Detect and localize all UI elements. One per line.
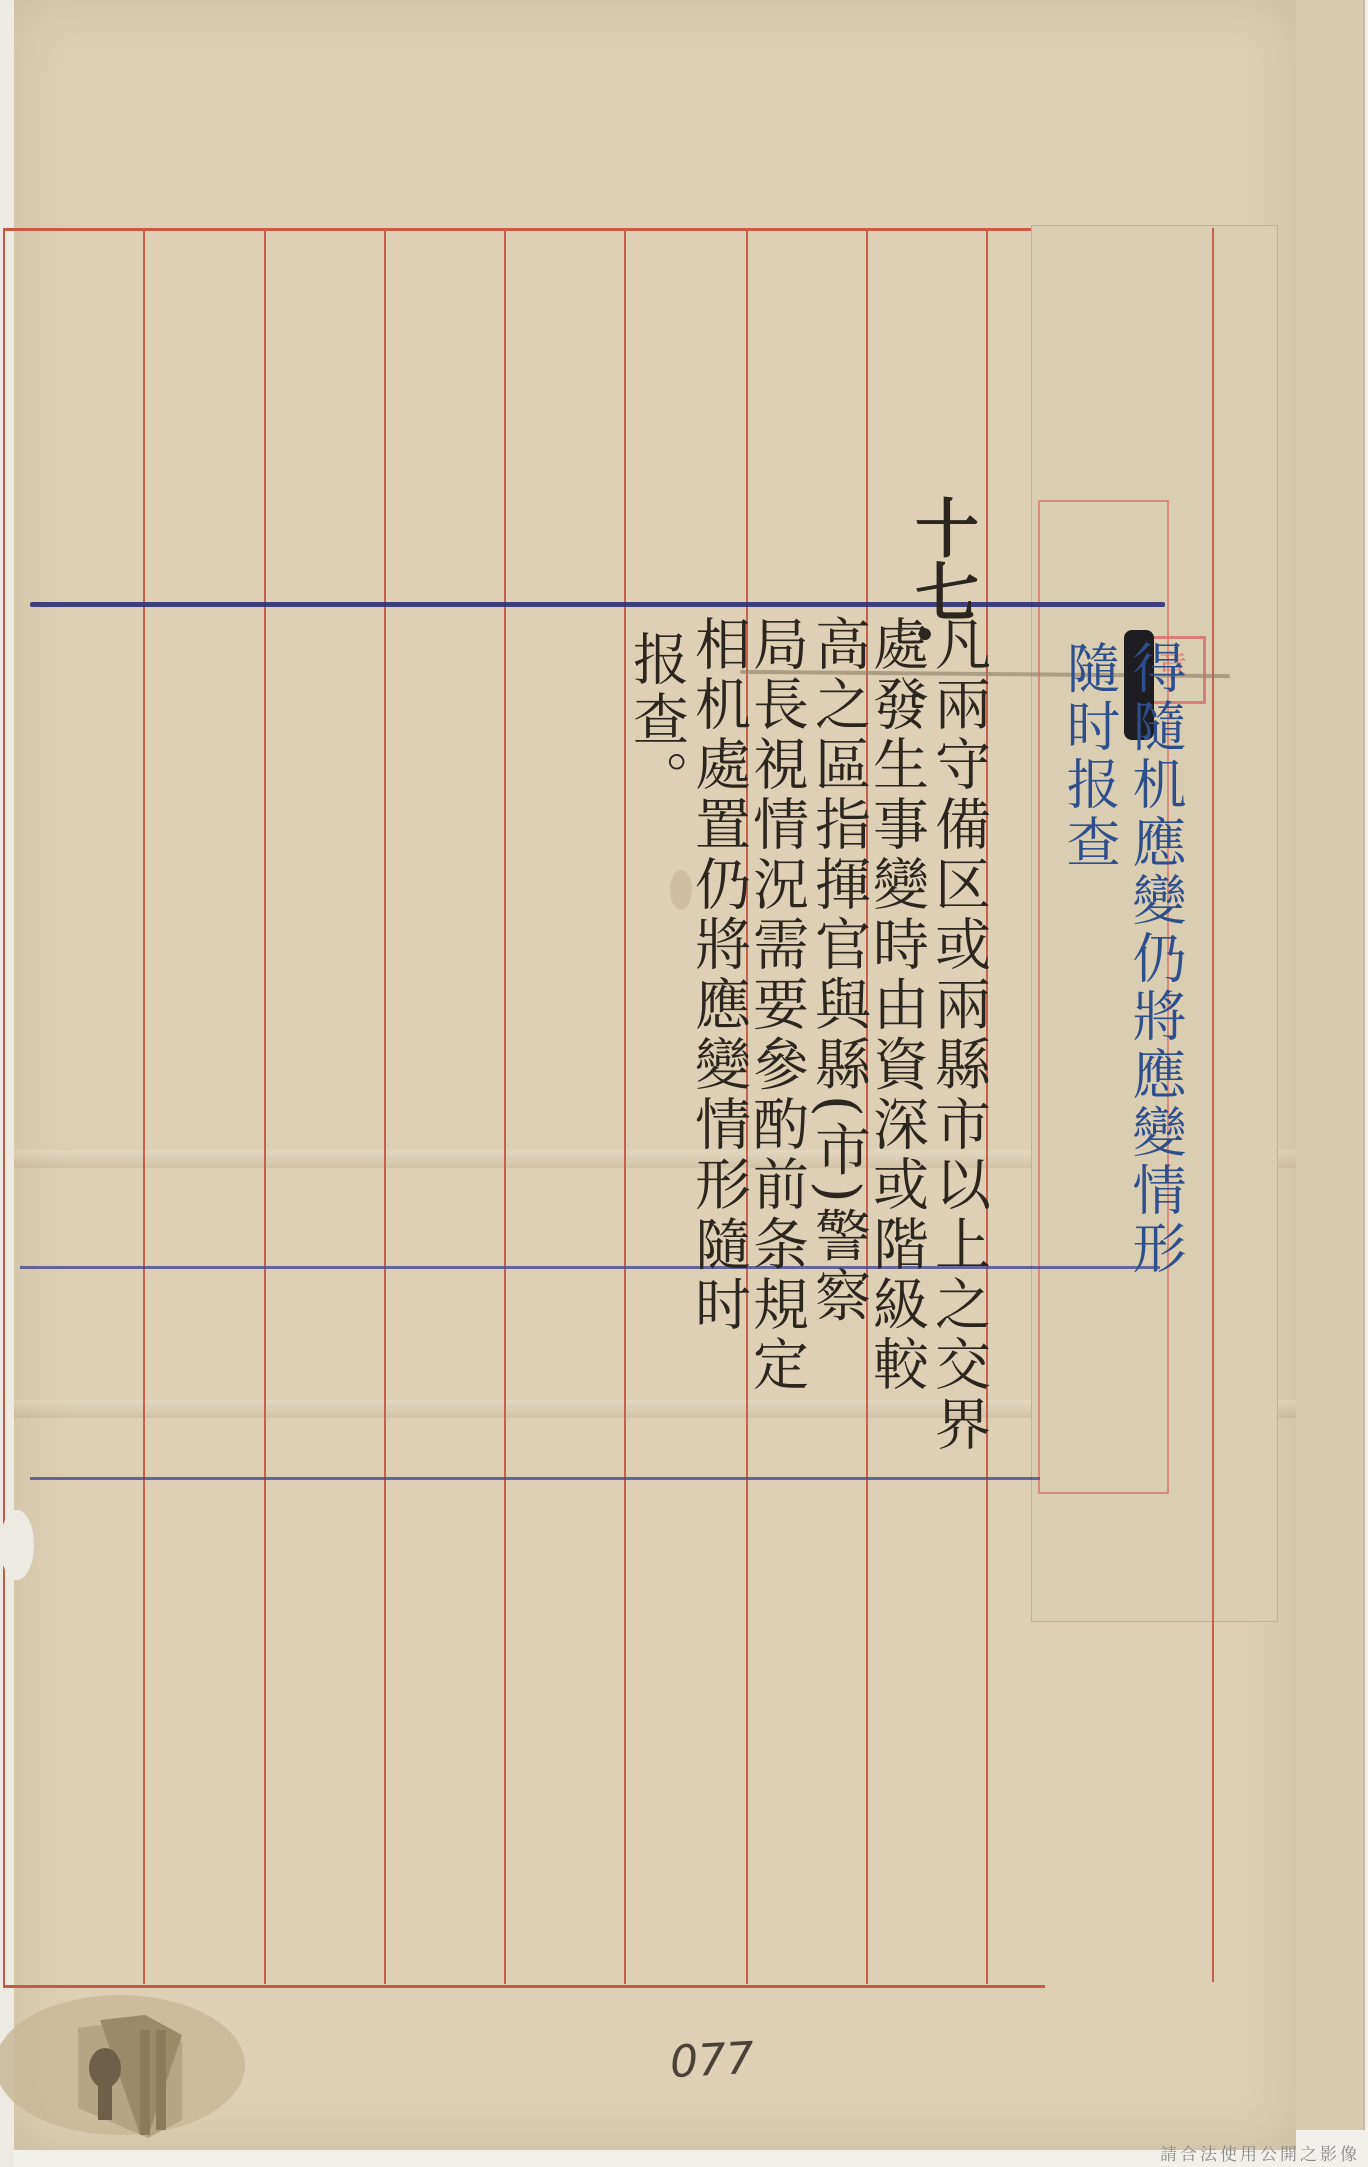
body-column-3: 高之區指揮官與縣(市)警察	[810, 615, 866, 1327]
body-column-5: 相机處置仍將應變情形隨时	[690, 615, 746, 1335]
body-column-1: 凡兩守備区或兩縣市以上之交界	[930, 615, 986, 1455]
body-column-6: 报查。	[628, 630, 684, 810]
grid-line	[624, 228, 626, 1984]
grid-line	[504, 228, 506, 1984]
body-column-2: 處發生事變時由資深或階級較	[868, 615, 924, 1395]
annotation-column-2: 隨时报查	[1062, 640, 1116, 872]
annotation-column-1: 得隨机應變仍將應變情形	[1128, 640, 1182, 1278]
grid-line	[1212, 228, 1214, 1982]
grid-line	[143, 228, 145, 1984]
paper-damage	[670, 870, 692, 910]
upper-blue-rule	[30, 602, 1165, 607]
body-column-4: 局長視情況需要參酌前条規定	[748, 615, 804, 1395]
archive-book-keyhole-icon	[0, 1990, 248, 2140]
watermark-text: 請合法使用公開之影像	[1160, 2140, 1360, 2165]
lower-blue-rule	[30, 1477, 1040, 1480]
grid-line	[264, 228, 266, 1984]
page-number: 077	[669, 2033, 756, 2088]
back-sheet-edge	[1290, 0, 1365, 2130]
grid-line	[384, 228, 386, 1984]
paper-damage	[0, 1510, 34, 1580]
